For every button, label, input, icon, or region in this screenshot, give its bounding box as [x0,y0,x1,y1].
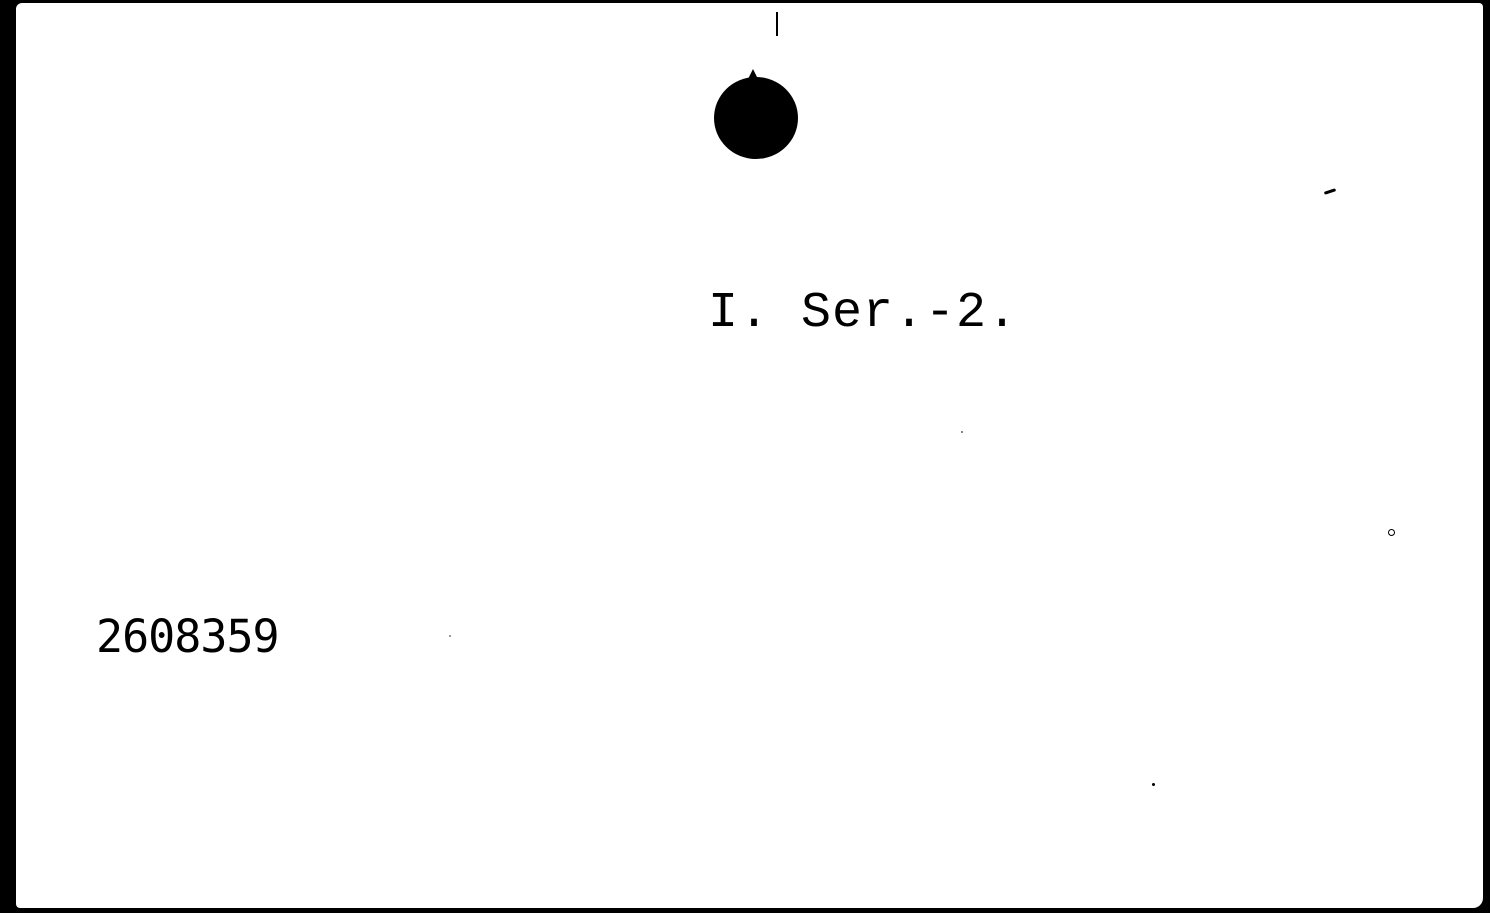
ink-speck [1388,529,1395,536]
ink-speck [1324,188,1336,195]
punch-hole-icon [714,77,798,159]
ink-speck [1152,783,1155,786]
ink-speck [449,635,451,637]
catalog-number: 2608359 [96,610,279,664]
index-card: I. Ser.-2. 2608359 [16,3,1483,908]
scan-mark [776,12,778,36]
ink-speck [961,431,963,433]
series-label: I. Ser.-2. [708,286,1018,342]
